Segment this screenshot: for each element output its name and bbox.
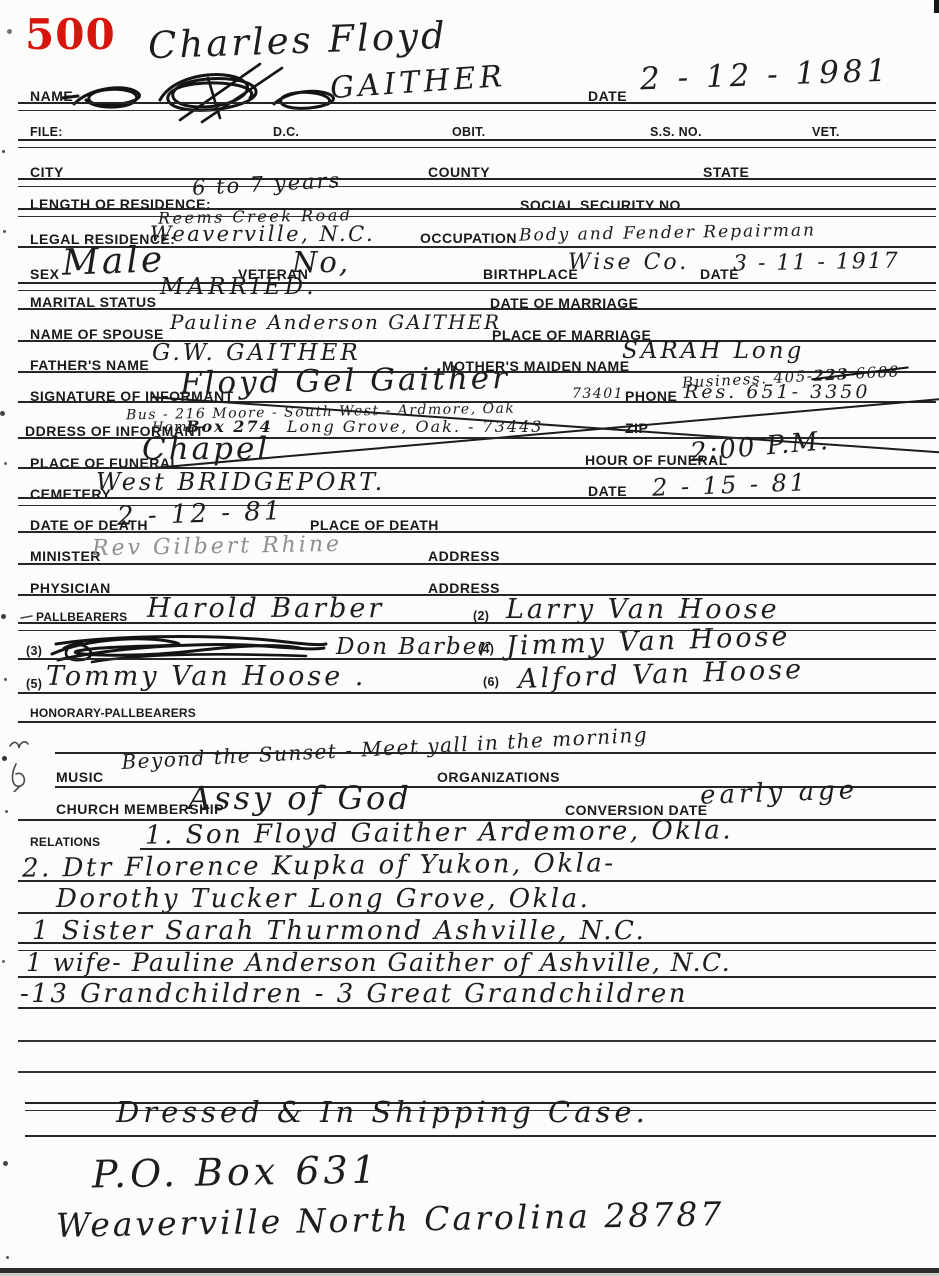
rule-line bbox=[18, 880, 936, 882]
relations-line: Dorothy Tucker Long Grove, Okla. bbox=[56, 886, 590, 912]
rule-line bbox=[18, 282, 936, 291]
music-value: Beyond the Sunset - Meet yall in the mor… bbox=[121, 724, 649, 772]
rule-line bbox=[25, 1135, 936, 1137]
occupation-value: Body and Fender Repairman bbox=[519, 222, 816, 244]
honorary-pallbearers-label: HONORARY-PALLBEARERS bbox=[30, 706, 196, 720]
rule-line bbox=[18, 692, 936, 694]
scan-specks bbox=[2, 150, 5, 153]
rule-line bbox=[18, 976, 936, 978]
phone-res-value: Res. 651- 3350 bbox=[684, 383, 870, 402]
informant-address-rest: Long Grove, Oak. - 73443 bbox=[287, 417, 544, 436]
sex-value: Male bbox=[61, 242, 165, 282]
pallbearer-5-number: (5) bbox=[26, 677, 42, 691]
dc-label: D.C. bbox=[273, 125, 299, 139]
spouse-value: Pauline Anderson GAITHER bbox=[170, 312, 501, 332]
rule-line bbox=[18, 102, 936, 111]
pallbearer-5-value: Tommy Van Hoose . bbox=[46, 663, 366, 690]
pallbearer-6-number: (6) bbox=[483, 675, 499, 689]
file-label: FILE: bbox=[30, 125, 63, 139]
disposition-note: Dressed & In Shipping Case. bbox=[116, 1098, 649, 1127]
informant-signature-value: Floyd Gel Gaither bbox=[180, 363, 510, 400]
zip-label: ZIP bbox=[625, 420, 648, 436]
obit-label: OBIT. bbox=[452, 125, 485, 139]
name-surname-value: GAITHER bbox=[329, 62, 507, 104]
cemetery-value: West BRIDGEPORT. bbox=[96, 470, 385, 494]
margin-pencil-mark bbox=[6, 736, 36, 792]
written-first-names: Charles Floyd bbox=[147, 17, 448, 64]
ss-no-label: S.S. NO. bbox=[650, 125, 702, 139]
pallbearer-4-number: (4) bbox=[478, 642, 494, 656]
scan-edge-artifact bbox=[934, 0, 939, 13]
name-date-value: 2 - 12 - 1981 bbox=[640, 56, 891, 96]
mothers-maiden-name-value: SARAH Long bbox=[622, 340, 804, 363]
pallbearer-3-number: (3) bbox=[26, 644, 42, 658]
rule-line bbox=[18, 563, 936, 565]
place-of-funeral-value: Chapel bbox=[142, 434, 270, 465]
po-box-note: P.O. Box 631 bbox=[92, 1150, 380, 1193]
birthplace-value: Wise Co. bbox=[568, 252, 689, 274]
relations-line: -13 Grandchildren - 3 Great Grandchildre… bbox=[20, 981, 688, 1007]
legal-residence-city-value: Weaverville, N.C. bbox=[150, 224, 375, 245]
rule-line bbox=[18, 912, 936, 914]
city-state-zip-note: Weaverville North Carolina 28787 bbox=[56, 1197, 725, 1242]
rule-line bbox=[18, 1007, 936, 1009]
scanned-funeral-record: 500 Charles Floyd NAME GAITHER DATE 2 - … bbox=[0, 0, 939, 1276]
relations-line: 2. Dtr Florence Kupka of Yukon, Okla- bbox=[22, 850, 616, 881]
minister-value: Rev Gilbert Rhine bbox=[92, 534, 342, 560]
pallbearer-2-value: Larry Van Hoose bbox=[506, 596, 780, 623]
informant-zip-note: 73401 bbox=[572, 387, 624, 401]
vet-label: VET. bbox=[812, 125, 840, 139]
birthplace-label: BIRTHPLACE bbox=[483, 266, 578, 282]
organizations-label: ORGANIZATIONS bbox=[437, 769, 560, 785]
relations-line: 1 Sister Sarah Thurmond Ashville, N.C. bbox=[32, 918, 646, 944]
minister-label: MINISTER bbox=[30, 548, 101, 564]
minister-address-label: ADDRESS bbox=[428, 548, 500, 564]
pallbearer-6-value: Alford Van Hoose bbox=[518, 656, 805, 693]
veteran-value: No, bbox=[292, 248, 350, 277]
relations-label: RELATIONS bbox=[30, 835, 100, 849]
length-of-residence-value: 6 to 7 years bbox=[192, 170, 342, 199]
margin-dash-mark bbox=[20, 612, 34, 622]
date-of-death-value: 2 - 12 - 81 bbox=[117, 498, 284, 530]
rule-line bbox=[18, 1040, 936, 1042]
birthdate-value: 3 - 11 - 1917 bbox=[733, 251, 900, 276]
fathers-name-value: G.W. GAITHER bbox=[152, 342, 361, 365]
rule-line bbox=[18, 531, 936, 533]
page-number-stamp: 500 bbox=[25, 10, 116, 59]
rule-line bbox=[18, 208, 936, 217]
pallbearer-3-added-value: Don Barber bbox=[336, 636, 491, 659]
sex-label: SEX bbox=[30, 266, 60, 282]
ink-scribble-crossout bbox=[62, 60, 347, 124]
pallbearer-2-number: (2) bbox=[473, 609, 489, 623]
relations-line: 1 wife- Pauline Anderson Gaither of Ashv… bbox=[26, 950, 731, 975]
pallbearer-1-value: Harold Barber bbox=[147, 595, 384, 622]
rule-line bbox=[18, 1071, 936, 1073]
music-label: MUSIC bbox=[56, 769, 104, 785]
rule-line bbox=[18, 721, 936, 723]
relations-line: 1. Son Floyd Gaither Ardemore, Okla. bbox=[145, 817, 733, 848]
conversion-date-value: early age bbox=[700, 777, 859, 809]
occupation-label: OCCUPATION bbox=[420, 230, 517, 246]
church-membership-value: Assy of God bbox=[188, 782, 412, 814]
funeral-date-value: 2 - 15 - 81 bbox=[652, 470, 809, 499]
marital-status-value: MARRIED. bbox=[160, 276, 318, 299]
rule-line bbox=[18, 622, 936, 631]
rule-line bbox=[18, 139, 936, 148]
pallbearer-4-value: Jimmy Van Hoose bbox=[506, 623, 791, 660]
rule-line bbox=[18, 178, 936, 187]
